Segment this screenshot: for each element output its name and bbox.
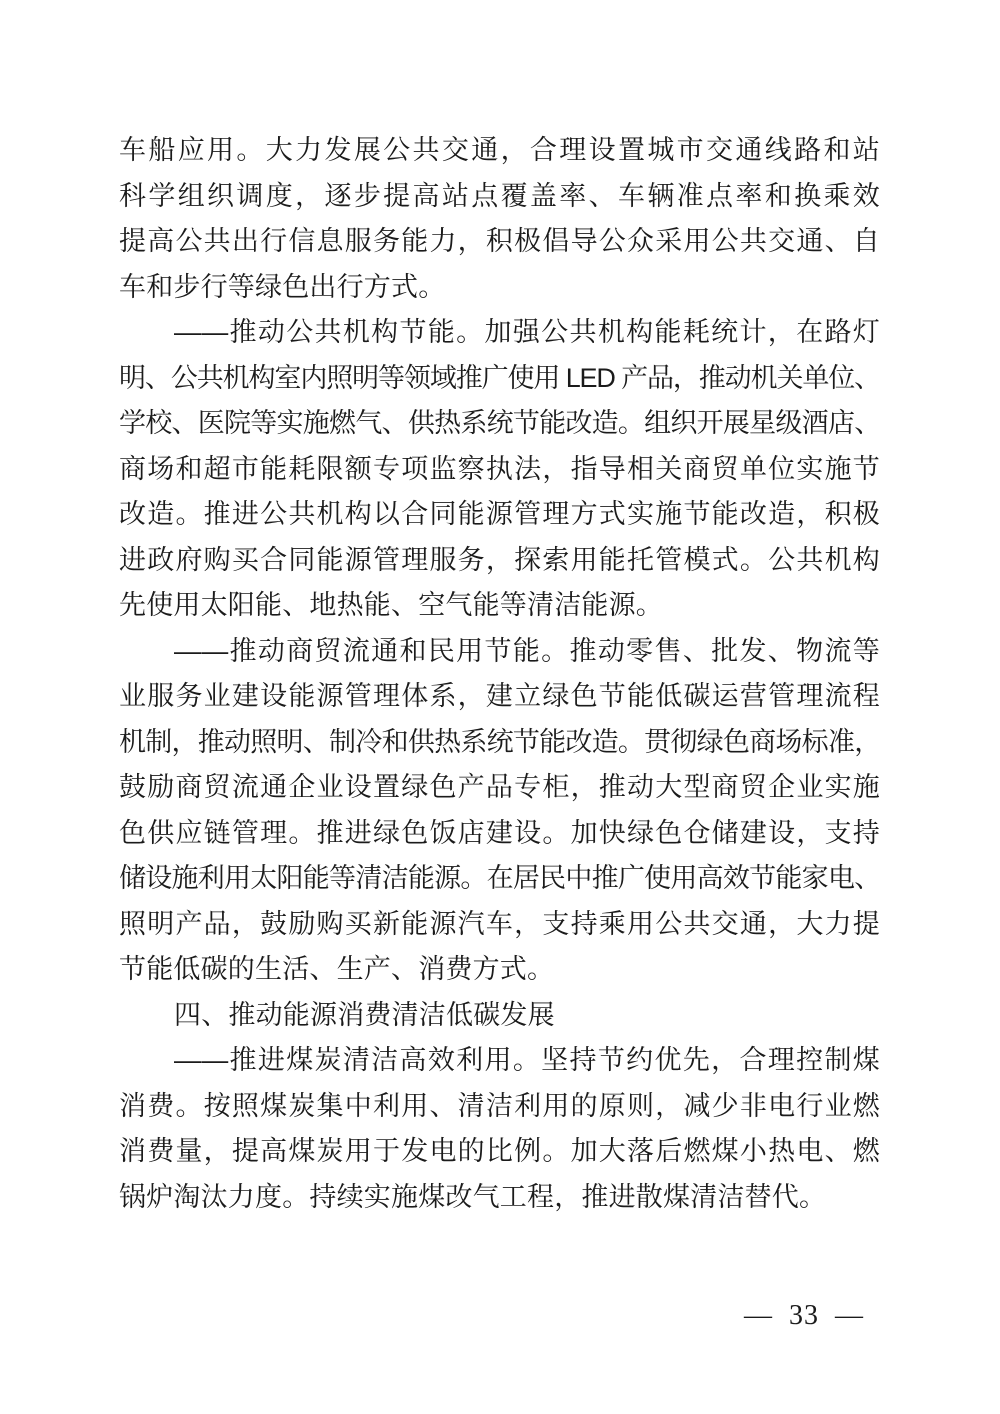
body-text-line: 科学组织调度，逐步提高站点覆盖率、车辆准点率和换乘效率， <box>119 174 880 220</box>
body-text-line: ——推进煤炭清洁高效利用。坚持节约优先，合理控制煤炭 <box>119 1038 880 1084</box>
body-text-line: 学校、医院等实施燃气、供热系统节能改造。组织开展星级酒店、 <box>119 401 880 447</box>
body-text-line: 节能低碳的生活、生产、消费方式。 <box>119 947 880 993</box>
body-text-line: 色供应链管理。推进绿色饭店建设。加快绿色仓储建设，支持仓 <box>119 811 880 857</box>
body-text-line: 锅炉淘汰力度。持续实施煤改气工程，推进散煤清洁替代。 <box>119 1175 880 1221</box>
page-number: — 33 — <box>744 1300 864 1331</box>
body-text-line: 改造。推进公共机构以合同能源管理方式实施节能改造，积极推 <box>119 492 880 538</box>
body-text-line: 鼓励商贸流通企业设置绿色产品专柜，推动大型商贸企业实施绿 <box>119 765 880 811</box>
page-footer: — 33 — <box>744 1298 864 1334</box>
body-text-line: 照明产品，鼓励购买新能源汽车，支持乘用公共交通，大力提倡 <box>119 902 880 948</box>
body-text-line: 提高公共出行信息服务能力，积极倡导公众采用公共交通、自行 <box>119 219 880 265</box>
body-text-line: 先使用太阳能、地热能、空气能等清洁能源。 <box>119 583 880 629</box>
body-text-line: 消费量，提高煤炭用于发电的比例。加大落后燃煤小热电、燃煤 <box>119 1129 880 1175</box>
section-heading: 四、推动能源消费清洁低碳发展 <box>119 993 880 1039</box>
body-text-line: 业服务业建设能源管理体系，建立绿色节能低碳运营管理流程和 <box>119 674 880 720</box>
body-text-line: ——推动公共机构节能。加强公共机构能耗统计，在路灯照 <box>119 310 880 356</box>
text-block: 车船应用。大力发展公共交通，合理设置城市交通线路和站点， 科学组织调度，逐步提高… <box>119 128 880 1220</box>
body-text-line: 消费。按照煤炭集中利用、清洁利用的原则，减少非电行业燃煤 <box>119 1084 880 1130</box>
body-text-line: 储设施利用太阳能等清洁能源。在居民中推广使用高效节能家电、 <box>119 856 880 902</box>
body-text-line: 车船应用。大力发展公共交通，合理设置城市交通线路和站点， <box>119 128 880 174</box>
document-page: 车船应用。大力发展公共交通，合理设置城市交通线路和站点， 科学组织调度，逐步提高… <box>0 0 1000 1414</box>
body-text-line: 明、公共机构室内照明等领域推广使用 LED 产品，推动机关单位、 <box>119 356 880 402</box>
body-text-line: 进政府购买合同能源管理服务，探索用能托管模式。公共机构率 <box>119 538 880 584</box>
body-text-line: 车和步行等绿色出行方式。 <box>119 265 880 311</box>
body-text-line: 机制，推动照明、制冷和供热系统节能改造。贯彻绿色商场标准， <box>119 720 880 766</box>
body-text-line: ——推动商贸流通和民用节能。推动零售、批发、物流等商 <box>119 629 880 675</box>
body-text-line: 商场和超市能耗限额专项监察执法，指导相关商贸单位实施节能 <box>119 447 880 493</box>
